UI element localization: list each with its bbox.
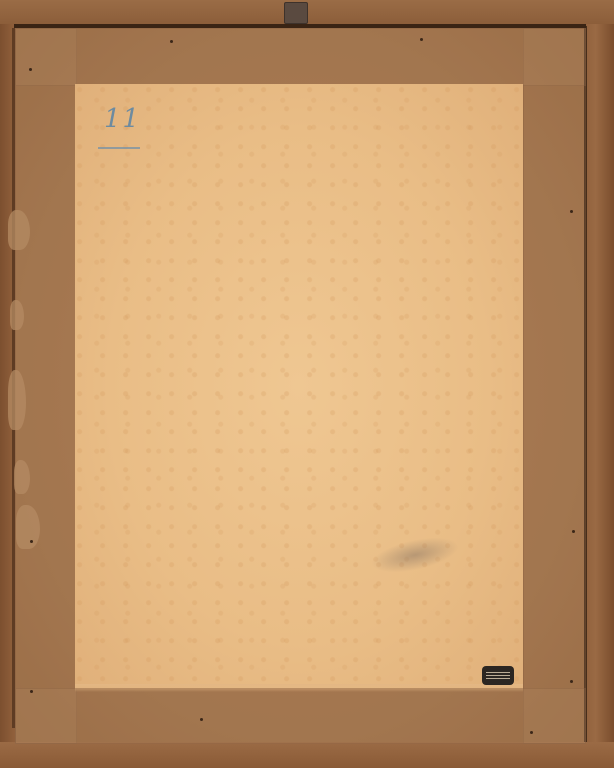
nail [29, 68, 32, 71]
nail [200, 718, 203, 721]
handwritten-number: 11 [104, 104, 141, 134]
nail [420, 38, 423, 41]
nail [570, 680, 573, 683]
nail [530, 731, 533, 734]
torn-paper-scrap [16, 505, 40, 549]
torn-paper-scrap [10, 300, 24, 330]
nail [30, 690, 33, 693]
torn-paper-scrap [14, 460, 30, 494]
framer-label [482, 666, 514, 685]
backing-paper [75, 84, 523, 688]
nail [572, 530, 575, 533]
hanging-hardware [284, 2, 308, 24]
frame-bottom-rail [0, 742, 614, 768]
nail [570, 210, 573, 213]
torn-paper-scrap [8, 210, 30, 250]
tape-strip-right [523, 28, 586, 744]
nail [170, 40, 173, 43]
handwritten-underline [98, 147, 140, 149]
nail [30, 540, 33, 543]
tape-strip-top [15, 28, 586, 86]
paper-torn-edge [75, 684, 523, 692]
tape-strip-bottom [15, 688, 586, 744]
